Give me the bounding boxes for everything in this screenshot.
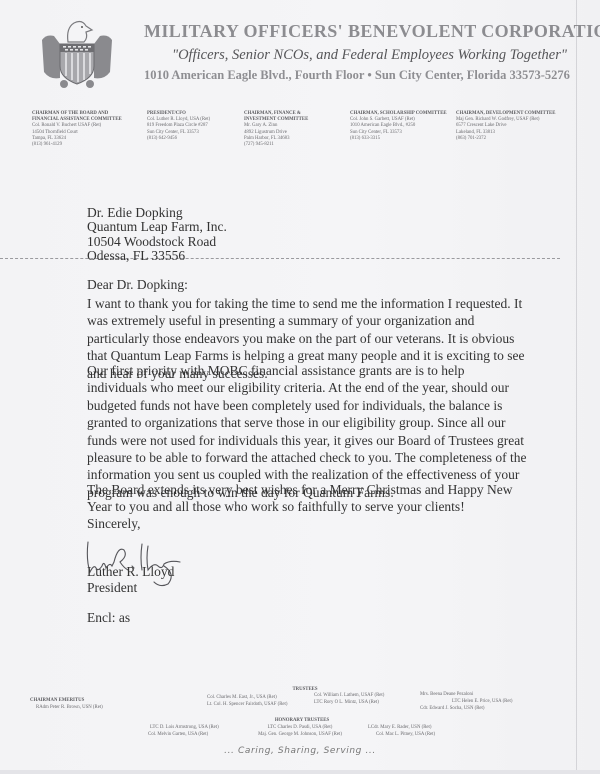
trustee-name: Col. Charles M. East, Jr., USA (Ret) xyxy=(207,694,287,701)
organization-tagline: ... Caring, Sharing, Serving ... xyxy=(0,746,600,756)
committee-chairman-board: CHAIRMAN OF THE BOARD AND FINANCIAL ASSI… xyxy=(32,111,122,148)
recipient-organization: Quantum Leap Farm, Inc. xyxy=(87,220,227,234)
recipient-address: Dr. Edie Dopking Quantum Leap Farm, Inc.… xyxy=(87,206,227,263)
honorary-trustee-name: LTC D. Lois Armstrong, USA (Ret) xyxy=(148,724,219,731)
footer-name: RAdm Peter R. Brown, USN (Ret) xyxy=(30,704,103,711)
honorary-col-2: LTC Charles D. Pasdi, USA (Ret) Maj. Gen… xyxy=(250,724,350,738)
signer-title: President xyxy=(87,580,174,596)
committee-line: (813) 961-4129 xyxy=(32,142,122,148)
committee-scholarship: CHAIRMAN, SCHOLARSHIP COMMITTEE Col. Joh… xyxy=(350,111,447,142)
trustee-name: Lt. Col. H. Spencer Fairdoth, USAF (Ret) xyxy=(207,701,287,708)
committee-line: (863) 701-2372 xyxy=(456,136,555,142)
honorary-trustee-name: LTC Charles D. Pasdi, USA (Ret) xyxy=(250,724,350,731)
organization-motto: "Officers, Senior NCOs, and Federal Empl… xyxy=(172,47,567,64)
letter-page: MILITARY OFFICERS' BENEVOLENT CORPORATIO… xyxy=(0,0,600,774)
body-paragraph: The Board extends its very best wishes f… xyxy=(87,481,527,516)
honorary-trustee-name: LCdr. Mary E. Rader, USN (Ret) xyxy=(368,724,435,731)
trustee-name: Cdr. Edward J. Socha, USN (Ret) xyxy=(420,705,512,712)
committee-line: 819 Freedom Plaza Circle #287 xyxy=(147,123,210,129)
signer-block: Luther R. Lloyd President xyxy=(87,564,174,596)
eagle-shield-icon xyxy=(40,18,114,92)
honorary-trustee-name: Col. Mac L. Pitney, USA (Ret) xyxy=(368,731,435,738)
trustees-col-3: Mrs. Beena Deane Pezaloni LTC Helen E. P… xyxy=(420,691,512,712)
committee-development: CHAIRMAN, DEVELOPMENT COMMITTEE Maj Gen.… xyxy=(456,111,555,142)
signer-name: Luther R. Lloyd xyxy=(87,564,174,580)
committee-line: (727) 945-8211 xyxy=(244,142,308,148)
recipient-city: Odessa, FL 33556 xyxy=(87,249,227,263)
trustee-name: LTC Helen E. Price, USA (Ret) xyxy=(420,698,512,705)
trustee-name: LTC Rory O L. Mintz, USA (Ret) xyxy=(314,699,384,706)
honorary-trustee-name: Col. Melvin Garten, USA (Ret) xyxy=(148,731,219,738)
honorary-trustee-name: Maj. Gen. George M. Johnson, USAF (Ret) xyxy=(250,731,350,738)
honorary-trustees-heading: HONORARY TRUSTEES xyxy=(262,717,342,724)
trustees-col-2: Col. William I. Lathem, USAF (Ret) LTC R… xyxy=(314,692,384,706)
committee-line: (813) 642-9456 xyxy=(147,136,210,142)
recipient-name: Dr. Edie Dopking xyxy=(87,206,227,220)
footer-heading: CHAIRMAN EMERITUS xyxy=(30,697,103,704)
enclosure-note: Encl: as xyxy=(87,610,130,626)
footer-heading: HONORARY TRUSTEES xyxy=(275,718,329,723)
committee-directory: CHAIRMAN OF THE BOARD AND FINANCIAL ASSI… xyxy=(32,111,592,161)
recipient-street: 10504 Woodstock Road xyxy=(87,235,227,249)
organization-address: 1010 American Eagle Blvd., Fourth Floor … xyxy=(144,68,570,83)
trustee-name: Mrs. Beena Deane Pezaloni xyxy=(420,691,512,698)
honorary-col-1: LTC D. Lois Armstrong, USA (Ret) Col. Me… xyxy=(148,724,219,738)
salutation: Dear Dr. Dopking: xyxy=(87,277,188,293)
organization-name: MILITARY OFFICERS' BENEVOLENT CORPORATIO… xyxy=(144,21,584,42)
committee-finance: CHAIRMAN, FINANCE & INVESTMENT COMMITTEE… xyxy=(244,111,308,148)
fold-line xyxy=(0,258,560,259)
page-bottom-edge xyxy=(0,770,600,774)
chairman-emeritus-block: CHAIRMAN EMERITUS RAdm Peter R. Brown, U… xyxy=(30,697,103,711)
trustee-name: Col. William I. Lathem, USAF (Ret) xyxy=(314,692,384,699)
committee-line: (813) 633-3315 xyxy=(350,136,447,142)
trustees-col-1: Col. Charles M. East, Jr., USA (Ret) Lt.… xyxy=(207,694,287,708)
closing: Sincerely, xyxy=(87,516,140,532)
honorary-col-3: LCdr. Mary E. Rader, USN (Ret) Col. Mac … xyxy=(368,724,435,738)
committee-president-cfo: PRESIDENT/CFO Col. Luther R. Lloyd, USA … xyxy=(147,111,210,142)
